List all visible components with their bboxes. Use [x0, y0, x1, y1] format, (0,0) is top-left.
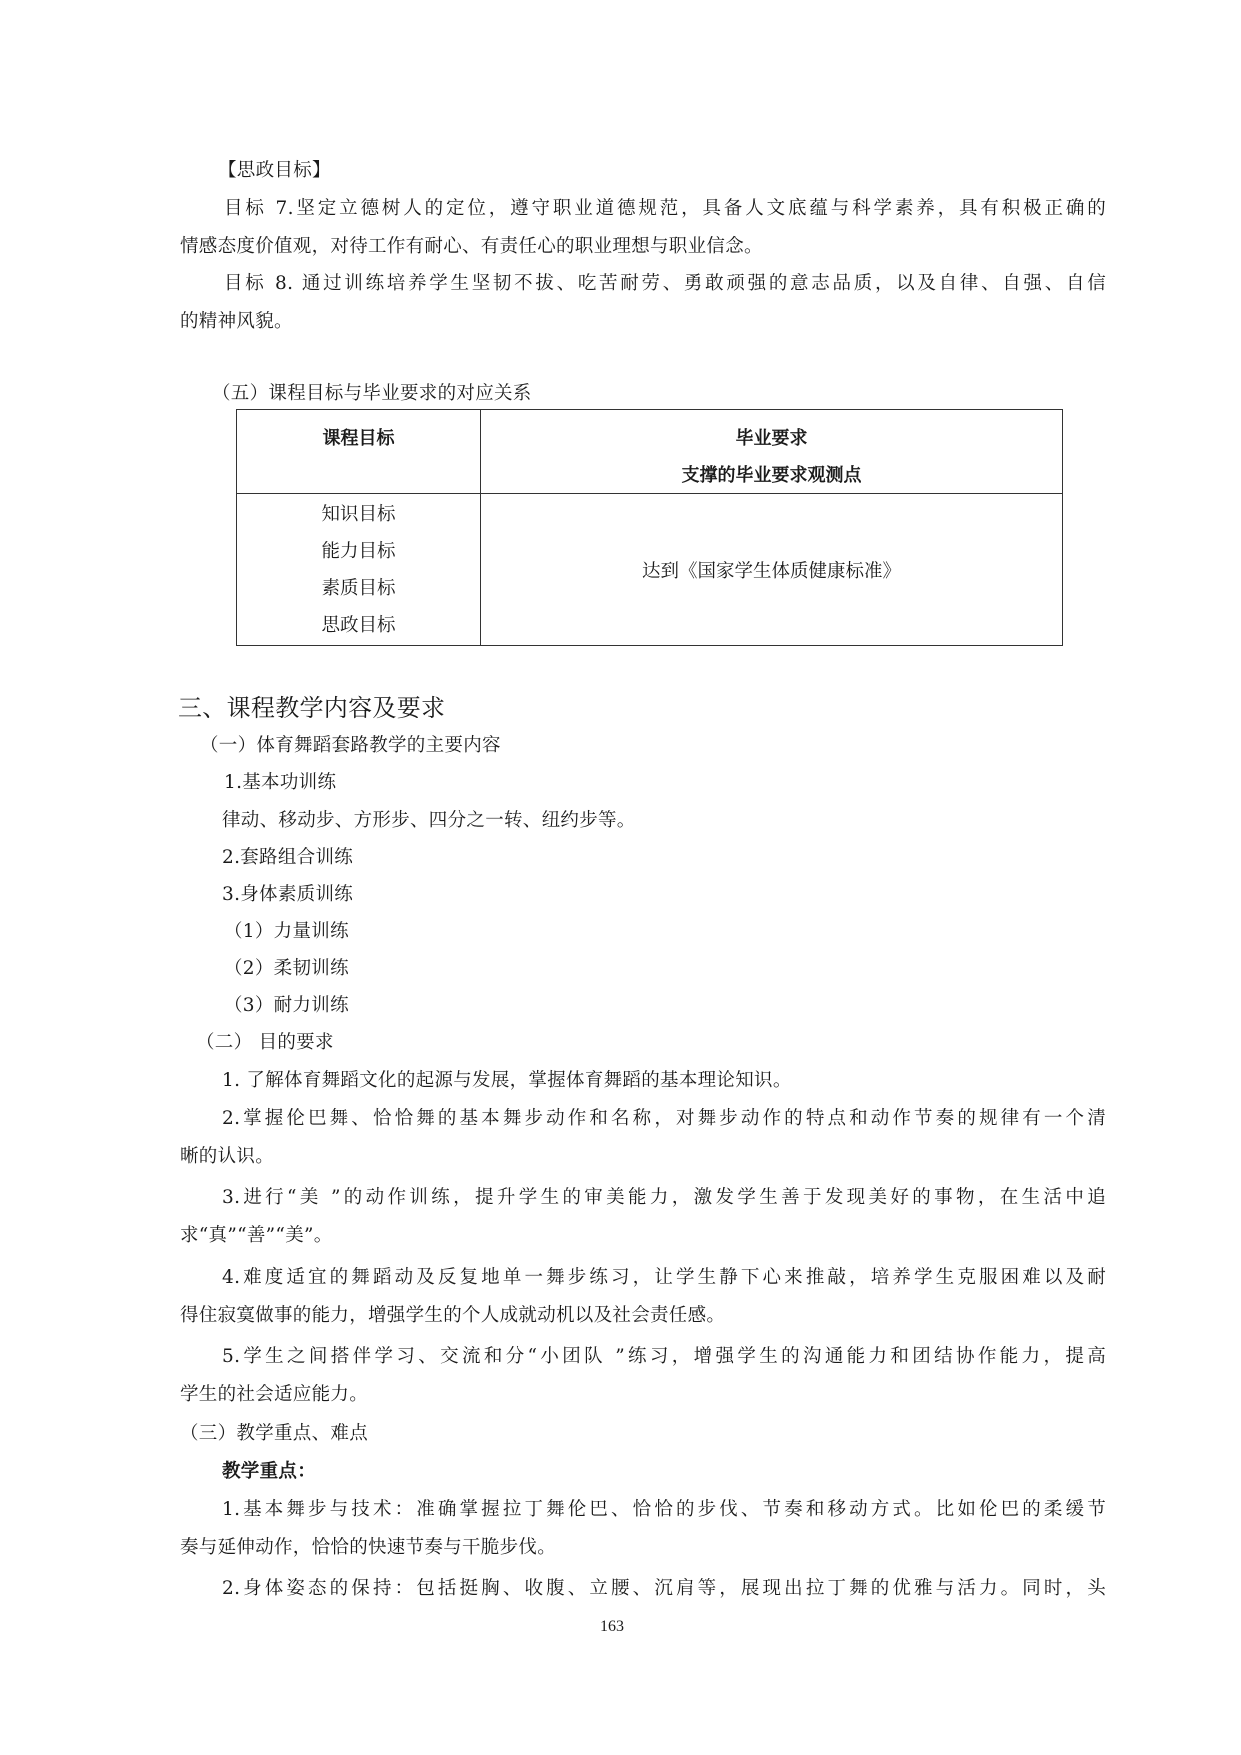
requirement-cell: 达到《国家学生体质健康标准》: [481, 494, 1063, 646]
objective-1: 1. 了解体育舞蹈文化的起源与发展，掌握体育舞蹈的基本理论知识。: [222, 1068, 792, 1094]
goal-knowledge: 知识目标: [237, 496, 480, 533]
section-3-title: 三、课程教学内容及要求: [178, 692, 445, 724]
objective-3-line-1: 3.进行“美 ”的动作训练，提升学生的审美能力，激发学生善于发现美好的事物，在生…: [222, 1185, 1106, 1211]
goals-requirements-table: 课程目标 毕业要求 支撑的毕业要求观测点 知识目标 能力目标 素质目标 思政目标…: [236, 409, 1063, 646]
content-item-2: 2.套路组合训练: [222, 845, 353, 871]
table-row: 知识目标 能力目标 素质目标 思政目标 达到《国家学生体质健康标准》: [237, 494, 1063, 646]
subsection-1-title: （一）体育舞蹈套路教学的主要内容: [200, 733, 501, 759]
content-item-1-detail: 律动、移动步、方形步、四分之一转、纽约步等。: [222, 808, 636, 834]
key-point-2-line-1: 2.身体姿态的保持：包括挺胸、收腹、立腰、沉肩等，展现出拉丁舞的优雅与活力。同时…: [222, 1576, 1106, 1602]
goal-7-line-1: 目标 7.坚定立德树人的定位，遵守职业道德规范，具备人文底蕴与科学素养，具有积极…: [224, 196, 1106, 222]
header-requirement-line-2: 支撑的毕业要求观测点: [481, 461, 1062, 491]
key-points-label: 教学重点：: [222, 1459, 316, 1485]
objective-2-line-1: 2.掌握伦巴舞、恰恰舞的基本舞步动作和名称，对舞步动作的特点和动作节奏的规律有一…: [222, 1106, 1106, 1132]
objective-4-line-1: 4.难度适宜的舞蹈动及反复地单一舞步练习，让学生静下心来推敲，培养学生克服困难以…: [222, 1265, 1106, 1291]
table-header-row: 课程目标 毕业要求 支撑的毕业要求观测点: [237, 410, 1063, 494]
goal-7-line-2: 情感态度价值观，对待工作有耐心、有责任心的职业理想与职业信念。: [180, 234, 763, 260]
page-number: 163: [600, 1618, 624, 1636]
content-item-1: 1.基本功训练: [224, 770, 336, 796]
table-caption: （五）课程目标与毕业要求的对应关系: [212, 381, 532, 407]
content-item-3-3: （3）耐力训练: [224, 993, 349, 1019]
subsection-2-title: （二） 目的要求: [196, 1030, 334, 1056]
content-item-3-2: （2）柔韧训练: [224, 956, 349, 982]
objective-5-line-2: 学生的社会适应能力。: [180, 1382, 368, 1408]
objective-5-line-1: 5.学生之间搭伴学习、交流和分“小团队 ”练习，增强学生的沟通能力和团结协作能力…: [222, 1344, 1106, 1370]
objective-4-line-2: 得住寂寞做事的能力，增强学生的个人成就动机以及社会责任感。: [180, 1303, 725, 1329]
document-page: 【思政目标】 目标 7.坚定立德树人的定位，遵守职业道德规范，具备人文底蕴与科学…: [0, 0, 1241, 1755]
header-graduation-requirements: 毕业要求 支撑的毕业要求观测点: [481, 410, 1063, 494]
objective-3-line-2: 求“真”“善”“美”。: [180, 1223, 333, 1249]
header-course-goals: 课程目标: [237, 410, 481, 494]
header-course-goals-label: 课程目标: [237, 410, 480, 450]
key-point-1-line-2: 奏与延伸动作，恰恰的快速节奏与干脆步伐。: [180, 1535, 556, 1561]
goal-quality: 素质目标: [237, 570, 480, 607]
ideology-goals-heading: 【思政目标】: [218, 158, 331, 184]
goal-ideology: 思政目标: [237, 607, 480, 644]
goal-8-line-2: 的精神风貌。: [180, 309, 293, 335]
content-item-3: 3.身体素质训练: [222, 882, 353, 908]
goal-8-line-1: 目标 8. 通过训练培养学生坚韧不拔、吃苦耐劳、勇敢顽强的意志品质，以及自律、自…: [224, 271, 1106, 297]
header-requirement-line-1: 毕业要求: [481, 410, 1062, 461]
objective-2-line-2: 晰的认识。: [180, 1144, 274, 1170]
goals-cell: 知识目标 能力目标 素质目标 思政目标: [237, 494, 481, 646]
requirement-text: 达到《国家学生体质健康标准》: [642, 561, 901, 582]
goal-ability: 能力目标: [237, 533, 480, 570]
subsection-3-title: （三）教学重点、难点: [180, 1421, 368, 1447]
content-item-3-1: （1）力量训练: [224, 919, 349, 945]
key-point-1-line-1: 1.基本舞步与技术：准确掌握拉丁舞伦巴、恰恰的步伐、节奏和移动方式。比如伦巴的柔…: [222, 1497, 1106, 1523]
